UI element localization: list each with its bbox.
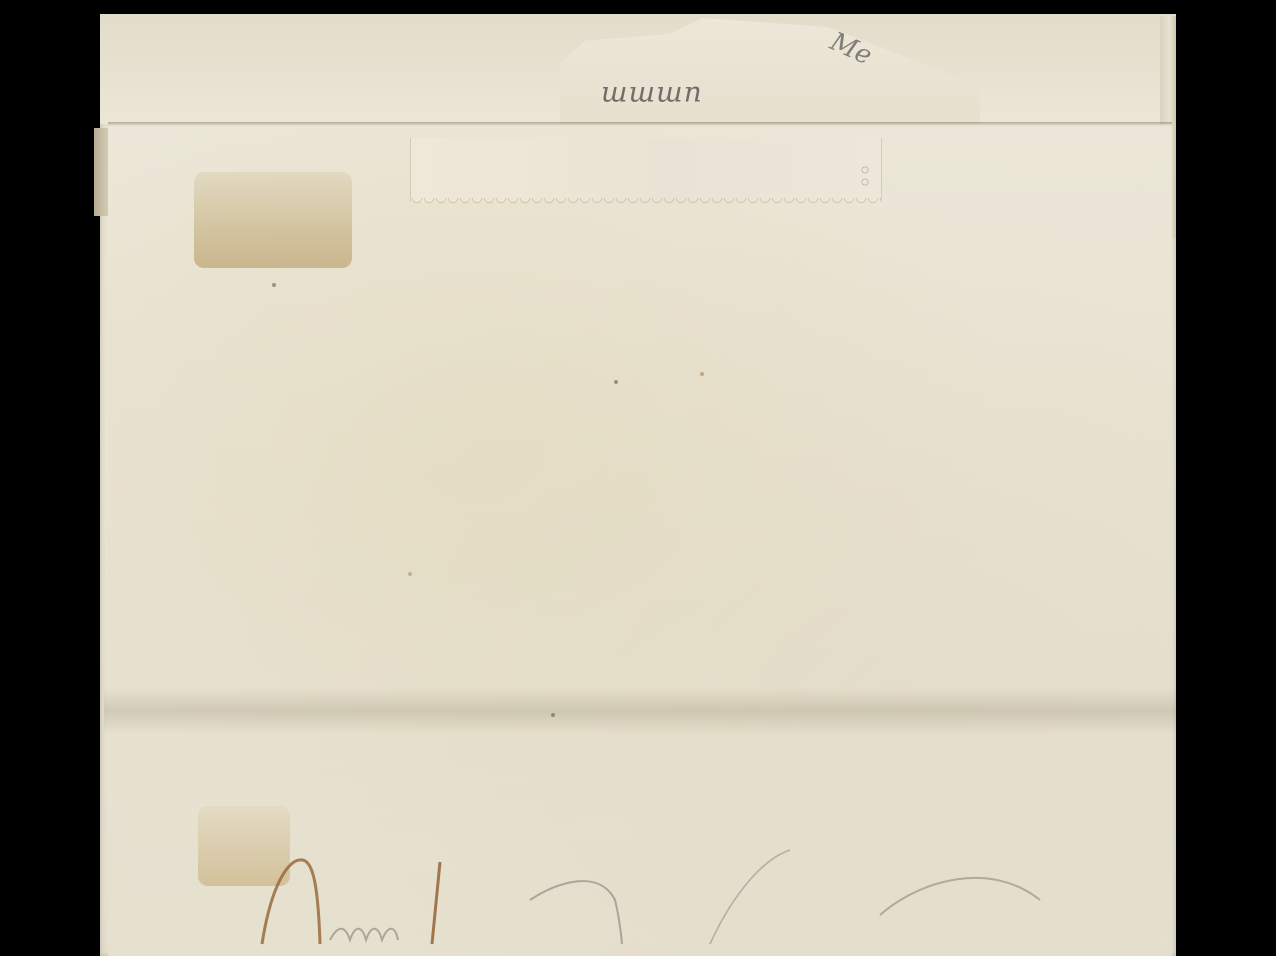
glue-stain-bottom <box>198 806 290 886</box>
perforation-edge <box>411 198 881 206</box>
paper-speck <box>700 372 704 376</box>
paper-speck <box>408 572 412 576</box>
paper-speck <box>614 380 618 384</box>
fold-line-top <box>108 122 1172 126</box>
paper-speck <box>551 713 555 717</box>
glue-stain-top <box>194 172 352 268</box>
fold-line-middle <box>104 688 1176 734</box>
handwriting-top-fragment: ummm <box>600 80 702 113</box>
paper-speck <box>272 283 276 287</box>
perforation-holes <box>861 166 869 190</box>
stamp-hinge-remnant <box>410 138 882 202</box>
photo-background: ummm Me <box>0 0 1276 956</box>
